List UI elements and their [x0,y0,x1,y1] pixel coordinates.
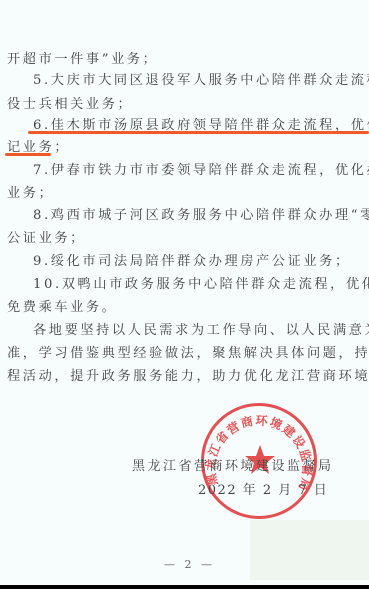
text-line: 8.鸡西市城子河区政务服务中心陪伴群众办理“零接触”涉外 [33,208,369,224]
text-line: 5.大庆市大同区退役军人服务中心陪伴群众走流程，优化退 [33,73,369,89]
text-line: 开超市一件事”业务； [7,52,158,68]
text-line: 各地要坚持以人民需求为工作导向、以人民满意为检验标 [33,323,369,339]
document-page: 开超市一件事”业务； 5.大庆市大同区退役军人服务中心陪伴群众走流程，优化退 役… [0,0,369,585]
text-line: 程活动，提升政务服务能力，助力优化龙江营商环境。 [7,369,369,385]
background-smudge [250,520,369,580]
screen-bottom-edge [0,585,369,589]
text-line: 役士兵相关业务； [7,97,133,113]
text-line: 业务； [7,186,54,202]
text-line: 7.伊春市铁力市市委领导陪伴群众走流程，优化办理残疾证 [33,163,369,179]
issuing-organization: 黑龙江省营商环境建设监督局 [132,455,334,474]
highlight-underline [5,153,51,156]
text-line: 准，学习借鉴典型经验做法，聚焦解决具体问题，持续开展走流 [7,346,369,362]
page-number: — 2 — [164,558,215,571]
text-line: 公证业务； [7,231,86,247]
issue-date: 2022 年 2 月 7 日 [198,479,328,498]
highlight-underline [28,131,369,134]
text-line: 10.双鸭山市政务服务中心陪伴群众走流程，优化办理老年证 [33,277,369,293]
text-line: 免费乘车业务。 [7,300,118,316]
text-line: 9.绥化市司法局陪伴群众办理房产公证业务； [33,254,351,270]
